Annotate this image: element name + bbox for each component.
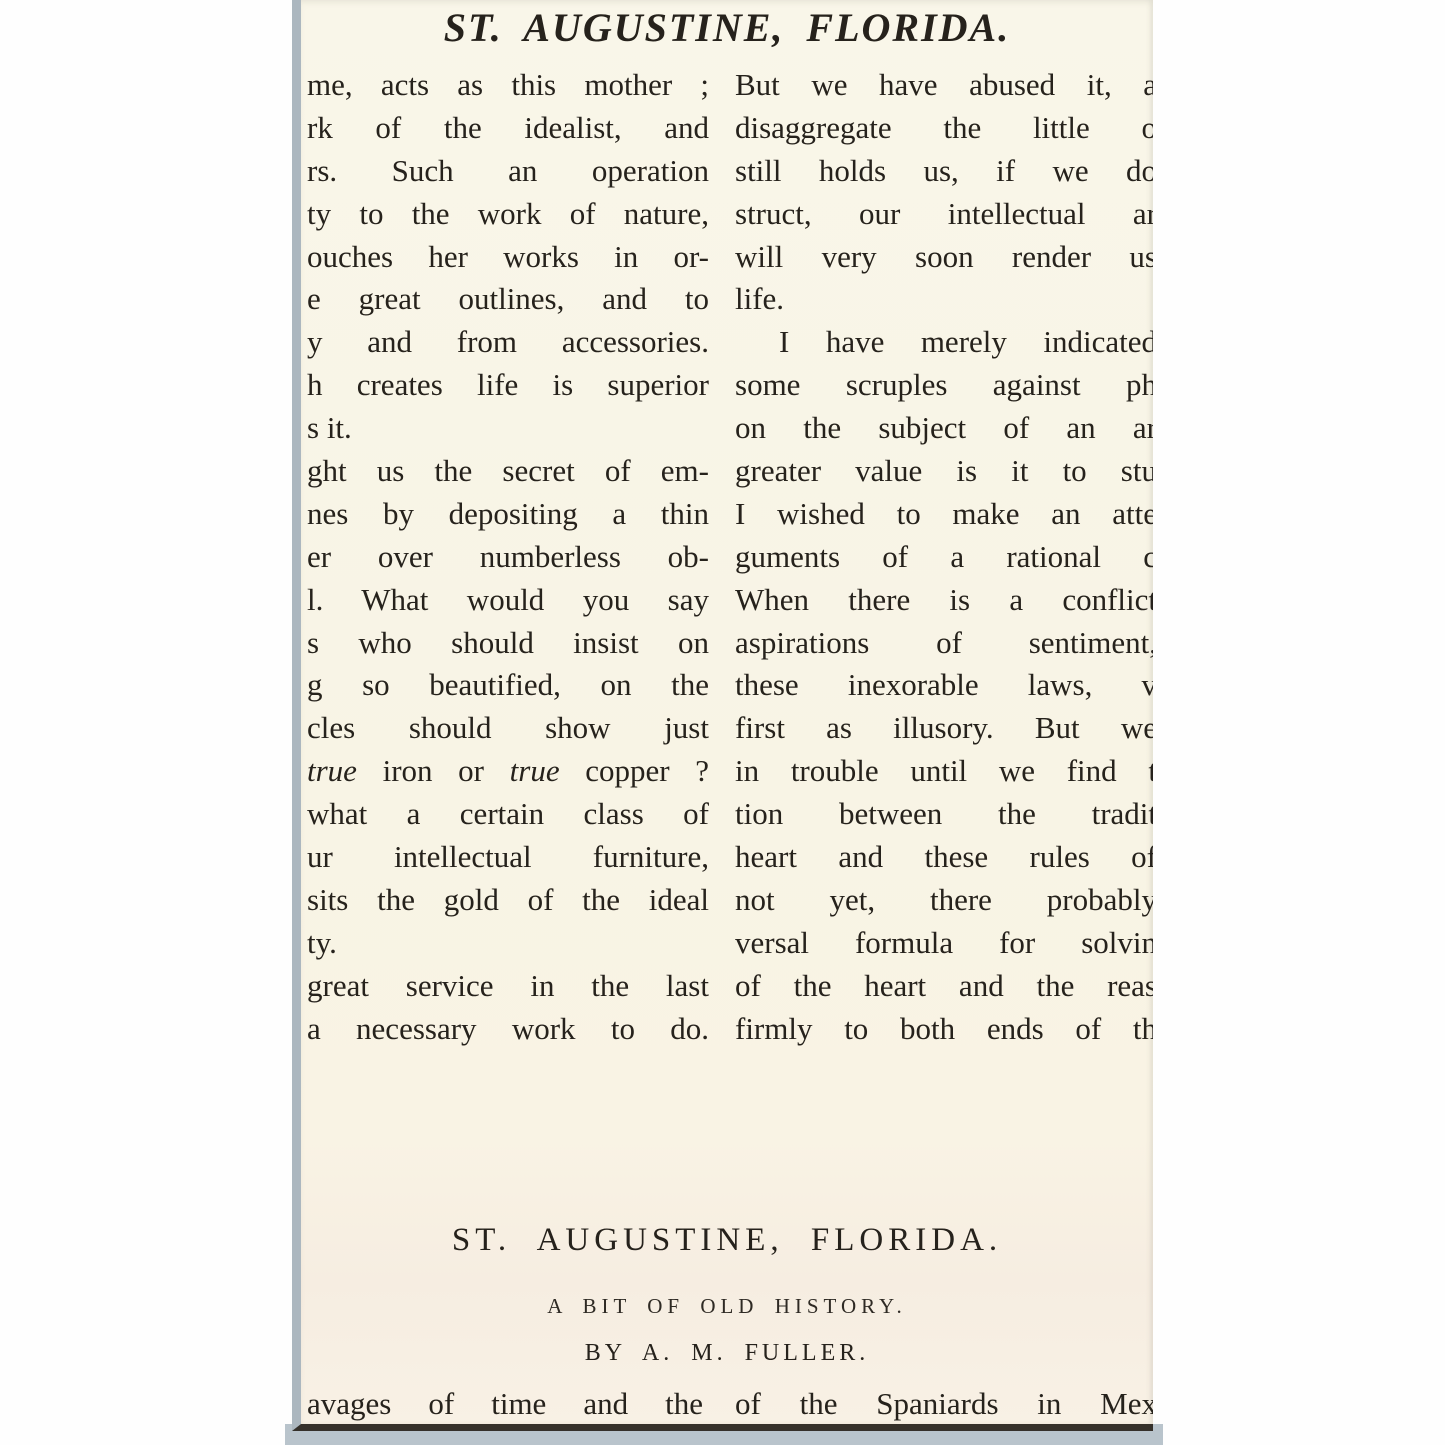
text-line: When there is a conflict xyxy=(735,579,1153,622)
text-line: ty. xyxy=(307,922,709,965)
text-line: heart and these rules of xyxy=(735,836,1153,879)
text-line: a necessary work to do. xyxy=(307,1008,709,1051)
text-line: ght us the secret of em- xyxy=(307,450,709,493)
text-line: l. What would you say xyxy=(307,579,709,622)
text-line: will very soon render us xyxy=(735,236,1153,279)
text-line: I wished to make an atte xyxy=(735,493,1153,536)
text-line: s who should insist on xyxy=(307,622,709,665)
text-line: great service in the last xyxy=(307,965,709,1008)
text-line: rs. Such an operation xyxy=(307,150,709,193)
text-line: of the heart and the reas xyxy=(735,965,1153,1008)
text-line: sits the gold of the ideal xyxy=(307,879,709,922)
text-line: aspirations of sentiment, xyxy=(735,622,1153,665)
text-line: struct, our intellectual ar xyxy=(735,193,1153,236)
article-subtitle: A BIT OF OLD HISTORY. xyxy=(301,1294,1153,1319)
left-text-column: me, acts as this mother ;rk of the ideal… xyxy=(307,64,709,1050)
article-title: ST. AUGUSTINE, FLORIDA. xyxy=(301,1222,1153,1259)
text-line: disaggregate the little o xyxy=(735,107,1153,150)
text-line: ty to the work of nature, xyxy=(307,193,709,236)
text-line: e great outlines, and to xyxy=(307,278,709,321)
text-line: rk of the idealist, and xyxy=(307,107,709,150)
article-body-right-fragment: of the Spaniards in Mex xyxy=(735,1384,1153,1424)
text-line: firmly to both ends of th xyxy=(735,1008,1153,1051)
text-line: ur intellectual furniture, xyxy=(307,836,709,879)
text-line: in trouble until we find t xyxy=(735,750,1153,793)
text-line: cles should show just xyxy=(307,707,709,750)
text-line: on the subject of an ar xyxy=(735,407,1153,450)
text-line: not yet, there probably xyxy=(735,879,1153,922)
text-line: tion between the tradit xyxy=(735,793,1153,836)
text-line: ouches her works in or- xyxy=(307,236,709,279)
right-text-column: But we have abused it, adisaggregate the… xyxy=(735,64,1153,1050)
text-line: g so beautified, on the xyxy=(307,664,709,707)
text-line: guments of a rational c xyxy=(735,536,1153,579)
text-line: s it. xyxy=(307,407,709,450)
article-byline: BY A. M. FULLER. xyxy=(301,1340,1153,1367)
text-line: versal formula for solvin xyxy=(735,922,1153,965)
text-line: some scruples against ph xyxy=(735,364,1153,407)
text-line: But we have abused it, a xyxy=(735,64,1153,107)
text-line: true iron or true copper ? xyxy=(307,750,709,793)
text-line: first as illusory. But we xyxy=(735,707,1153,750)
text-line: nes by depositing a thin xyxy=(307,493,709,536)
page-header-title: ST. AUGUSTINE, FLORIDA. xyxy=(301,4,1153,51)
newspaper-clipping: ST. AUGUSTINE, FLORIDA. me, acts as this… xyxy=(292,0,1153,1431)
text-line: me, acts as this mother ; xyxy=(307,64,709,107)
text-line: life. xyxy=(735,278,1153,321)
text-line: y and from accessories. xyxy=(307,321,709,364)
text-line: h creates life is superior xyxy=(307,364,709,407)
scanned-clipping-scene: ST. AUGUSTINE, FLORIDA. me, acts as this… xyxy=(0,0,1445,1445)
text-line: these inexorable laws, v xyxy=(735,664,1153,707)
text-line: what a certain class of xyxy=(307,793,709,836)
text-line: er over numberless ob- xyxy=(307,536,709,579)
article-body-left-fragment: avages of time and the xyxy=(307,1384,703,1424)
text-line: I have merely indicated xyxy=(735,321,1153,364)
text-line: still holds us, if we do xyxy=(735,150,1153,193)
text-line: greater value is it to stu xyxy=(735,450,1153,493)
